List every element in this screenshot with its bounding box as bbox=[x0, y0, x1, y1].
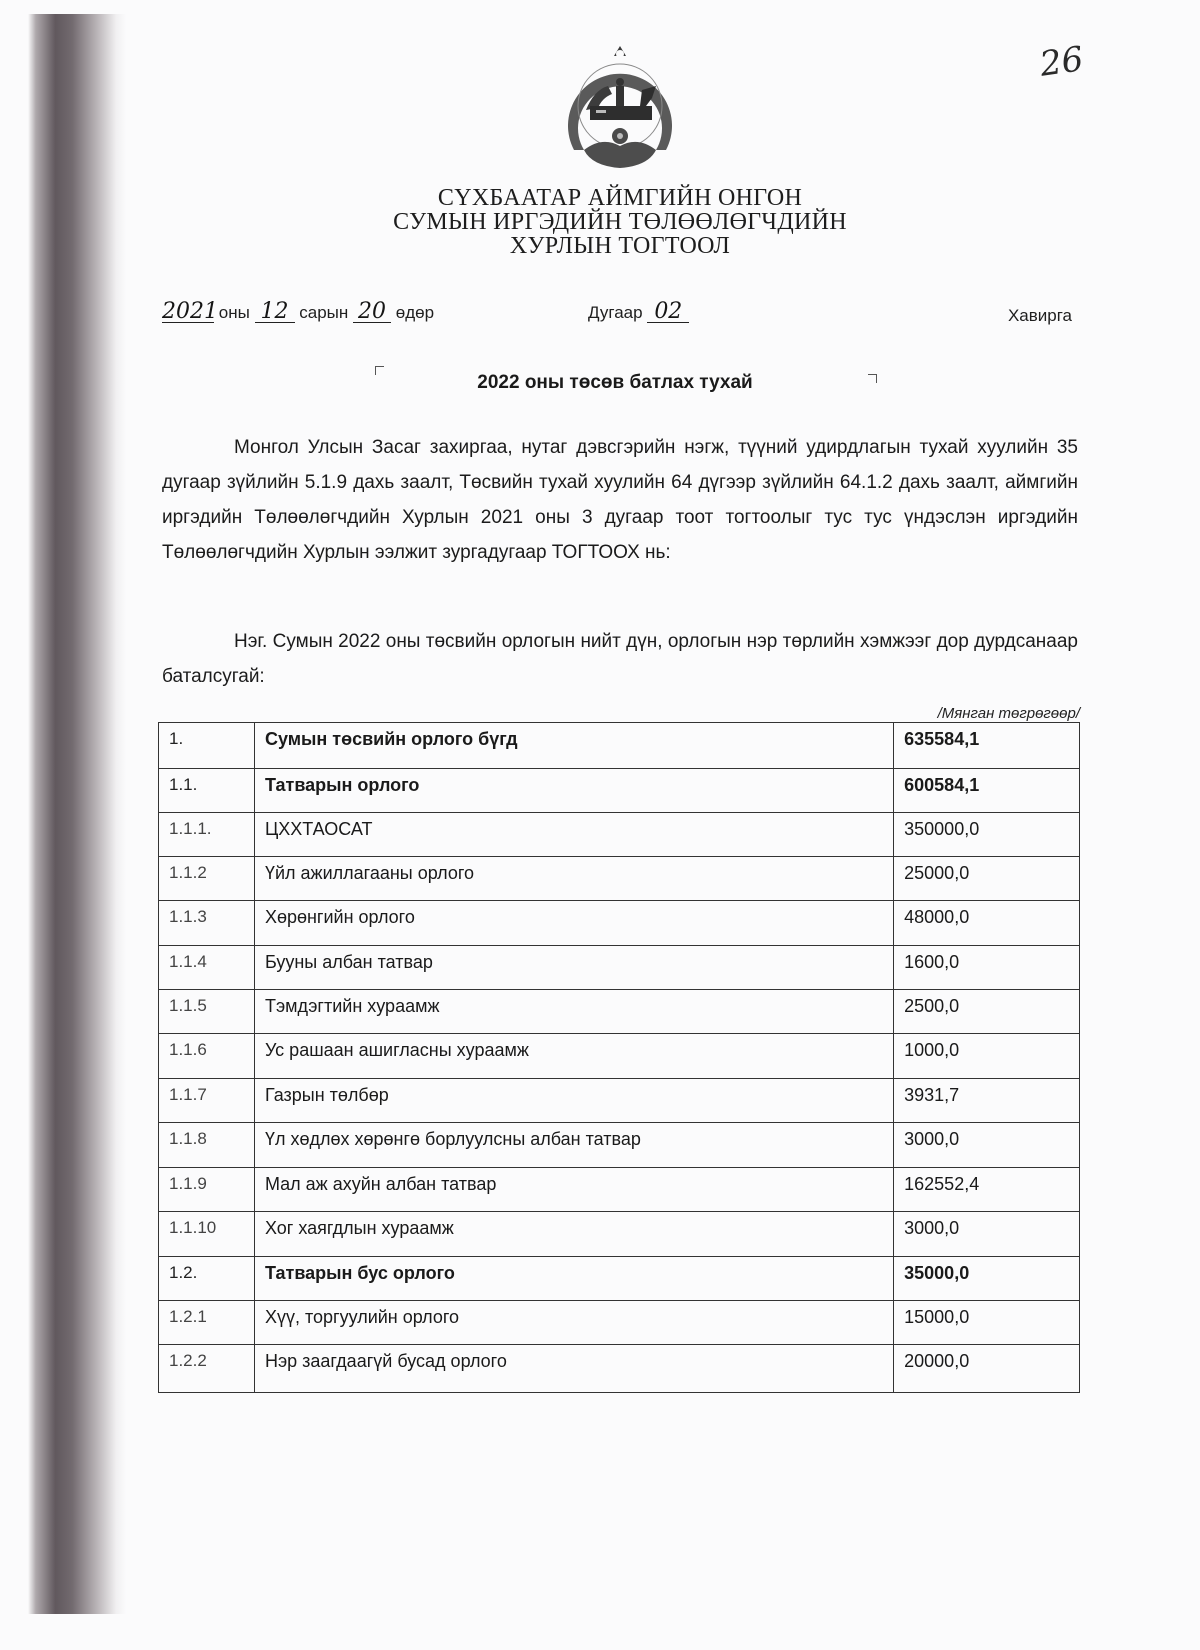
table-row: 1.2.1Хүү, торгуулийн орлого15000,0 bbox=[159, 1301, 1080, 1345]
cell-name: ЦХХТАОСАТ bbox=[254, 813, 893, 857]
cell-code: 1.1.7 bbox=[159, 1079, 255, 1123]
cell-code: 1.1.10 bbox=[159, 1212, 255, 1257]
cell-code: 1.1.2 bbox=[159, 857, 255, 901]
cell-amount: 48000,0 bbox=[894, 901, 1080, 946]
cell-name: Хөрөнгийн орлого bbox=[254, 901, 893, 946]
month-suffix: сарын bbox=[299, 303, 348, 322]
cell-name: Үйл ажиллагааны орлого bbox=[254, 857, 893, 901]
cell-amount: 162552,4 bbox=[894, 1168, 1080, 1212]
cell-code: 1.2. bbox=[159, 1257, 255, 1301]
table-row: 1.1.10Хог хаягдлын хураамж3000,0 bbox=[159, 1212, 1080, 1257]
cell-amount: 3000,0 bbox=[894, 1123, 1080, 1168]
cell-code: 1.2.1 bbox=[159, 1301, 255, 1345]
cell-amount: 3000,0 bbox=[894, 1212, 1080, 1257]
cell-name: Хог хаягдлын хураамж bbox=[254, 1212, 893, 1257]
year-suffix: оны bbox=[219, 303, 250, 322]
cell-amount: 35000,0 bbox=[894, 1257, 1080, 1301]
organization-title: СҮХБААТАР АЙМГИЙН ОНГОН СУМЫН ИРГЭДИЙН Т… bbox=[0, 186, 1200, 258]
cell-amount: 600584,1 bbox=[894, 769, 1080, 813]
day-suffix: өдөр bbox=[396, 303, 434, 322]
preamble-paragraph: Монгол Улсын Засаг захиргаа, нутаг дэвсг… bbox=[162, 430, 1078, 570]
article-one-paragraph: Нэг. Сумын 2022 оны төсвийн орлогын нийт… bbox=[162, 624, 1078, 694]
cell-name: Нэр заагдаагүй бусад орлого bbox=[254, 1345, 893, 1393]
budget-table: 1.Сумын төсвийн орлого бүгд635584,11.1.Т… bbox=[158, 722, 1080, 1393]
cell-code: 1.1.1. bbox=[159, 813, 255, 857]
table-row: 1.1.6Ус рашаан ашигласны хураамж1000,0 bbox=[159, 1034, 1080, 1079]
table-row: 1.1.1.ЦХХТАОСАТ350000,0 bbox=[159, 813, 1080, 857]
resolution-date: 2021 оны 12 сарын 20 өдөр bbox=[162, 302, 434, 323]
cell-amount: 3931,7 bbox=[894, 1079, 1080, 1123]
cell-name: Ус рашаан ашигласны хураамж bbox=[254, 1034, 893, 1079]
table-row: 1.1.5Тэмдэгтийн хураамж2500,0 bbox=[159, 990, 1080, 1034]
cell-amount: 2500,0 bbox=[894, 990, 1080, 1034]
number-handwritten: 02 bbox=[647, 302, 689, 323]
cell-code: 1.1.3 bbox=[159, 901, 255, 946]
cell-amount: 20000,0 bbox=[894, 1345, 1080, 1393]
cell-name: Бууны албан татвар bbox=[254, 946, 893, 990]
cell-code: 1.1. bbox=[159, 769, 255, 813]
table-row: 1.1.3Хөрөнгийн орлого48000,0 bbox=[159, 901, 1080, 946]
cell-amount: 1600,0 bbox=[894, 946, 1080, 990]
cell-name: Татварын орлого bbox=[254, 769, 893, 813]
cell-code: 1.1.9 bbox=[159, 1168, 255, 1212]
title-bracket-right bbox=[868, 374, 877, 383]
cell-name: Газрын төлбөр bbox=[254, 1079, 893, 1123]
cell-code: 1.2.2 bbox=[159, 1345, 255, 1393]
cell-name: Үл хөдлөх хөрөнгө борлуулсны албан татва… bbox=[254, 1123, 893, 1168]
document-title: 2022 оны төсөв батлах тухай bbox=[0, 372, 1200, 394]
number-label: Дугаар bbox=[588, 303, 643, 322]
cell-amount: 635584,1 bbox=[894, 723, 1080, 769]
cell-name: Мал аж ахуйн албан татвар bbox=[254, 1168, 893, 1212]
unit-label: /Мянган төгрөгөөр/ bbox=[938, 705, 1080, 722]
cell-name: Татварын бус орлого bbox=[254, 1257, 893, 1301]
org-line: ХУРЛЫН ТОГТООЛ bbox=[40, 234, 1200, 258]
cell-code: 1.1.8 bbox=[159, 1123, 255, 1168]
table-row: 1.2.2Нэр заагдаагүй бусад орлого20000,0 bbox=[159, 1345, 1080, 1393]
page-number: 26 bbox=[1037, 39, 1085, 85]
cell-amount: 25000,0 bbox=[894, 857, 1080, 901]
resolution-number: Дугаар 02 bbox=[588, 302, 689, 323]
cell-amount: 15000,0 bbox=[894, 1301, 1080, 1345]
cell-amount: 350000,0 bbox=[894, 813, 1080, 857]
org-line: СҮХБААТАР АЙМГИЙН ОНГОН bbox=[40, 186, 1200, 210]
resolution-meta: 2021 оны 12 сарын 20 өдөр Дугаар 02 Хави… bbox=[162, 302, 1082, 332]
org-line: СУМЫН ИРГЭДИЙН ТӨЛӨӨЛӨГЧДИЙН bbox=[40, 210, 1200, 234]
cell-amount: 1000,0 bbox=[894, 1034, 1080, 1079]
table-row: 1.2.Татварын бус орлого35000,0 bbox=[159, 1257, 1080, 1301]
cell-code: 1.1.6 bbox=[159, 1034, 255, 1079]
table-row: 1.1.2Үйл ажиллагааны орлого25000,0 bbox=[159, 857, 1080, 901]
state-emblem-icon bbox=[560, 40, 680, 180]
cell-code: 1. bbox=[159, 723, 255, 769]
table-row: 1.1.9Мал аж ахуйн албан татвар162552,4 bbox=[159, 1168, 1080, 1212]
cell-name: Тэмдэгтийн хураамж bbox=[254, 990, 893, 1034]
month-handwritten: 12 bbox=[255, 302, 295, 323]
cell-name: Хүү, торгуулийн орлого bbox=[254, 1301, 893, 1345]
table-row: 1.1.4Бууны албан татвар1600,0 bbox=[159, 946, 1080, 990]
table-row: 1.1.Татварын орлого600584,1 bbox=[159, 769, 1080, 813]
table-row: 1.1.7Газрын төлбөр3931,7 bbox=[159, 1079, 1080, 1123]
resolution-place: Хавирга bbox=[1008, 306, 1072, 326]
year-handwritten: 2021 bbox=[162, 302, 214, 323]
cell-name: Сумын төсвийн орлого бүгд bbox=[254, 723, 893, 769]
cell-code: 1.1.4 bbox=[159, 946, 255, 990]
cell-code: 1.1.5 bbox=[159, 990, 255, 1034]
table-row: 1.Сумын төсвийн орлого бүгд635584,1 bbox=[159, 723, 1080, 769]
day-handwritten: 20 bbox=[353, 302, 391, 323]
table-row: 1.1.8Үл хөдлөх хөрөнгө борлуулсны албан … bbox=[159, 1123, 1080, 1168]
